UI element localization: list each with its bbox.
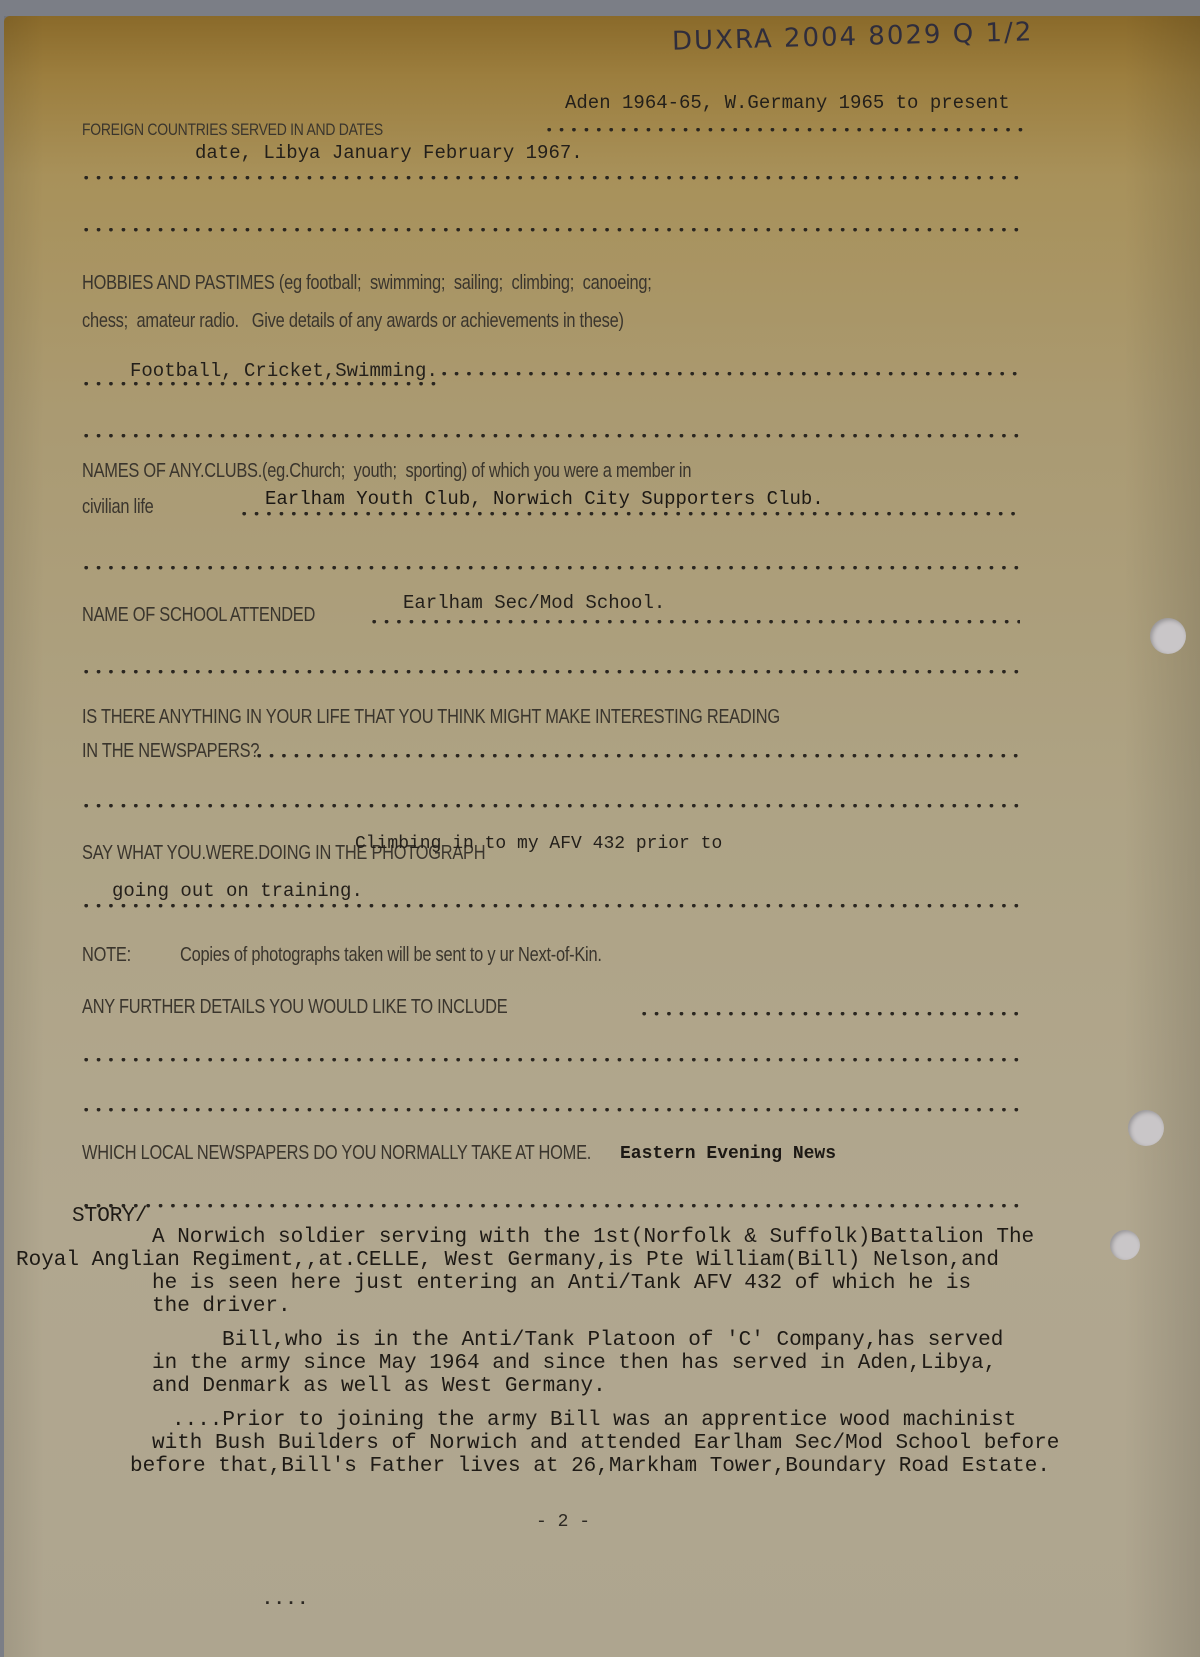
dotted-line — [82, 382, 442, 388]
hobbies-label-line1: HOBBIES AND PASTIMES (eg football; swimm… — [82, 272, 652, 295]
photograph-answer-line1: Climbing in to my AFV 432 prior to — [355, 834, 722, 854]
story-line: he is seen here just entering an Anti/Ta… — [152, 1273, 971, 1295]
dotted-line — [82, 670, 1022, 676]
punch-hole — [1150, 618, 1186, 654]
story-line: the driver. — [152, 1296, 291, 1318]
story-line: Bill,who is in the Anti/Tank Platoon of … — [222, 1330, 1003, 1352]
further-details-label: ANY FURTHER DETAILS YOU WOULD LIKE TO IN… — [82, 996, 507, 1019]
dotted-line — [440, 372, 1020, 378]
interesting-label-line1: IS THERE ANYTHING IN YOUR LIFE THAT YOU … — [82, 706, 780, 729]
story-line: and Denmark as well as West Germany. — [152, 1376, 606, 1398]
photograph-answer-line2: going out on training. — [112, 880, 363, 902]
dotted-line — [82, 1108, 1022, 1114]
note-text: Copies of photographs taken will be sent… — [180, 944, 602, 967]
dotted-line — [82, 804, 1022, 810]
dotted-line — [640, 1012, 1020, 1018]
clubs-label-line2: civilian life — [82, 496, 154, 519]
story-line: Royal Anglian Regiment,,at.CELLE, West G… — [16, 1250, 999, 1272]
page-number: - 2 - — [536, 1512, 590, 1532]
dotted-line — [82, 1058, 1022, 1064]
clubs-answer: Earlham Youth Club, Norwich City Support… — [265, 488, 824, 510]
school-label: NAME OF SCHOOL ATTENDED — [82, 604, 315, 627]
hobbies-answer: Football, Cricket,Swimming. — [130, 360, 438, 382]
punch-hole — [1110, 1230, 1140, 1260]
foreign-countries-answer-line1: Aden 1964-65, W.Germany 1965 to present — [565, 92, 1010, 114]
foreign-countries-label: FOREIGN COUNTRIES SERVED IN AND DATES — [82, 120, 383, 140]
story-line: with Bush Builders of Norwich and attend… — [152, 1433, 1059, 1455]
note-label: NOTE: — [82, 944, 131, 967]
dotted-line — [82, 228, 1022, 234]
newspapers-label: WHICH LOCAL NEWSPAPERS DO YOU NORMALLY T… — [82, 1142, 591, 1165]
punch-hole — [1128, 1110, 1164, 1146]
story-line: before that,Bill's Father lives at 26,Ma… — [130, 1456, 1050, 1478]
dotted-line — [545, 128, 1025, 134]
story-line: A Norwich soldier serving with the 1st(N… — [152, 1227, 1034, 1249]
dotted-line — [82, 566, 1022, 572]
dotted-line — [82, 1204, 1022, 1210]
hobbies-label-line2: chess; amateur radio. Give details of an… — [82, 310, 624, 333]
trailing-marks: .... — [262, 1590, 309, 1610]
interesting-label-line2: IN THE NEWSPAPERS? — [82, 740, 259, 763]
dotted-line — [240, 512, 1020, 518]
dotted-line — [255, 754, 1020, 760]
newspapers-answer: Eastern Evening News — [620, 1144, 836, 1164]
dotted-line — [82, 904, 1022, 910]
foreign-countries-answer-line2: date, Libya January February 1967. — [195, 142, 583, 164]
story-line: ....Prior to joining the army Bill was a… — [172, 1410, 1016, 1432]
story-heading: STORY/ — [72, 1206, 148, 1228]
dotted-line — [82, 176, 1022, 182]
dotted-line — [82, 434, 1022, 440]
clubs-label-line1: NAMES OF ANY.CLUBS.(eg.Church; youth; sp… — [82, 460, 691, 483]
school-answer: Earlham Sec/Mod School. — [403, 592, 665, 614]
dotted-line — [370, 620, 1020, 626]
story-line: in the army since May 1964 and since the… — [152, 1353, 996, 1375]
